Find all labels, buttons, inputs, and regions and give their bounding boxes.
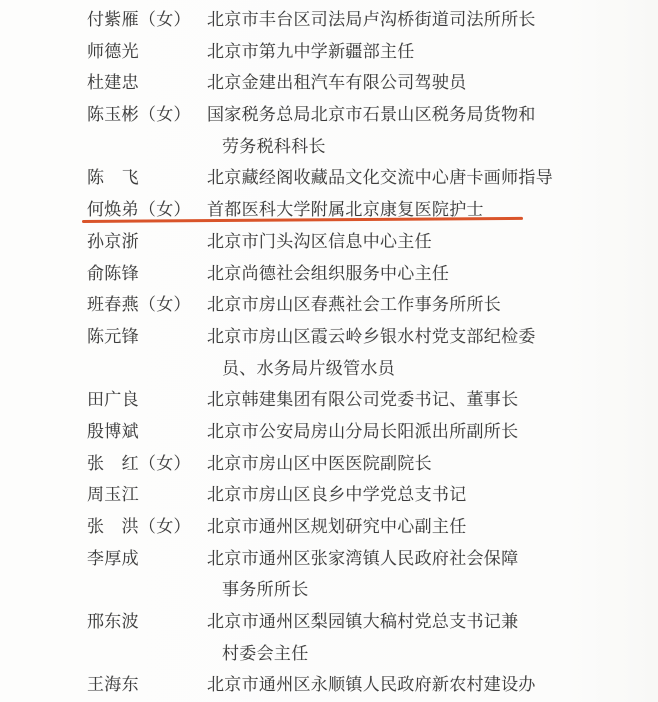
person-name: 俞陈锋 [87, 258, 207, 290]
list-item: 班春燕（女） 北京市房山区春燕社会工作事务所所长 [87, 289, 658, 321]
person-name: 田广良 [87, 384, 207, 416]
list-item: 邢东波 北京市通州区梨园镇大稿村党总支书记兼村委会主任 [87, 606, 658, 669]
person-name: 班春燕（女） [87, 289, 207, 321]
list-item: 陈 飞 北京藏经阁收藏品文化交流中心唐卡画师指导 [87, 162, 658, 194]
honor-list: 付紫雁（女） 北京市丰台区司法局卢沟桥街道司法所所长 师德光 北京市第九中学新疆… [87, 4, 658, 701]
person-title: 北京金建出租汽车有限公司驾驶员 [207, 67, 658, 99]
person-name: 陈 飞 [87, 162, 207, 194]
person-title: 北京市门头沟区信息中心主任 [207, 226, 658, 258]
list-item: 陈元锋 北京市房山区霞云岭乡银水村党支部纪检委员、水务局片级管水员 [87, 321, 658, 384]
person-title: 北京市丰台区司法局卢沟桥街道司法所所长 [207, 4, 658, 36]
person-title: 北京市房山区中医医院副院长 [207, 448, 658, 480]
person-title: 北京市房山区春燕社会工作事务所所长 [207, 289, 658, 321]
list-item: 王海东 北京市通州区永顺镇人民政府新农村建设办 [87, 669, 658, 701]
person-name: 张 洪（女） [87, 511, 207, 543]
list-item: 付紫雁（女） 北京市丰台区司法局卢沟桥街道司法所所长 [87, 4, 658, 36]
person-title-line: 北京市房山区春燕社会工作事务所所长 [207, 289, 658, 321]
person-title-line: 国家税务总局北京市石景山区税务局货物和 [207, 99, 658, 131]
person-title-line: 北京尚德社会组织服务中心主任 [207, 258, 658, 290]
person-title-line: 北京市第九中学新疆部主任 [207, 36, 658, 68]
person-title: 北京市公安局房山分局长阳派出所副所长 [207, 416, 658, 448]
person-title-line: 劳务税科科长 [207, 131, 658, 163]
person-name: 陈玉彬（女） [87, 99, 207, 131]
list-item: 俞陈锋 北京尚德社会组织服务中心主任 [87, 258, 658, 290]
list-item: 殷博斌 北京市公安局房山分局长阳派出所副所长 [87, 416, 658, 448]
person-title-line: 北京市丰台区司法局卢沟桥街道司法所所长 [207, 4, 658, 36]
person-name: 邢东波 [87, 606, 207, 638]
person-title-line: 村委会主任 [207, 638, 658, 670]
person-title-line: 员、水务局片级管水员 [207, 353, 658, 385]
list-item: 张 红（女） 北京市房山区中医医院副院长 [87, 448, 658, 480]
person-title: 北京藏经阁收藏品文化交流中心唐卡画师指导 [207, 162, 658, 194]
person-title: 北京市第九中学新疆部主任 [207, 36, 658, 68]
person-title-line: 北京市门头沟区信息中心主任 [207, 226, 658, 258]
person-title-line: 北京金建出租汽车有限公司驾驶员 [207, 67, 658, 99]
person-title-line: 北京市公安局房山分局长阳派出所副所长 [207, 416, 658, 448]
person-title-line: 北京市房山区中医医院副院长 [207, 448, 658, 480]
person-title-line: 北京市通州区张家湾镇人民政府社会保障 [207, 543, 658, 575]
person-name: 张 红（女） [87, 448, 207, 480]
person-name: 周玉江 [87, 479, 207, 511]
person-title: 北京韩建集团有限公司党委书记、董事长 [207, 384, 658, 416]
person-title-line: 北京市房山区良乡中学党总支书记 [207, 479, 658, 511]
person-title-line: 北京市房山区霞云岭乡银水村党支部纪检委 [207, 321, 658, 353]
person-title: 北京市房山区良乡中学党总支书记 [207, 479, 658, 511]
person-title: 国家税务总局北京市石景山区税务局货物和劳务税科科长 [207, 99, 658, 162]
person-title-line: 北京韩建集团有限公司党委书记、董事长 [207, 384, 658, 416]
list-item: 陈玉彬（女） 国家税务总局北京市石景山区税务局货物和劳务税科科长 [87, 99, 658, 162]
person-name: 付紫雁（女） [87, 4, 207, 36]
list-item: 李厚成 北京市通州区张家湾镇人民政府社会保障事务所所长 [87, 543, 658, 606]
person-title: 北京市通州区张家湾镇人民政府社会保障事务所所长 [207, 543, 658, 606]
person-name: 殷博斌 [87, 416, 207, 448]
person-name: 李厚成 [87, 543, 207, 575]
person-title: 北京市通州区规划研究中心副主任 [207, 511, 658, 543]
person-name: 陈元锋 [87, 321, 207, 353]
person-title-line: 北京藏经阁收藏品文化交流中心唐卡画师指导 [207, 162, 658, 194]
list-item: 杜建忠 北京金建出租汽车有限公司驾驶员 [87, 67, 658, 99]
list-item: 张 洪（女） 北京市通州区规划研究中心副主任 [87, 511, 658, 543]
person-name: 杜建忠 [87, 67, 207, 99]
document-page: 付紫雁（女） 北京市丰台区司法局卢沟桥街道司法所所长 师德光 北京市第九中学新疆… [0, 0, 658, 702]
person-title: 北京市房山区霞云岭乡银水村党支部纪检委员、水务局片级管水员 [207, 321, 658, 384]
person-name: 师德光 [87, 36, 207, 68]
person-name: 孙京浙 [87, 226, 207, 258]
person-title-line: 北京市通州区规划研究中心副主任 [207, 511, 658, 543]
person-title-line: 北京市通州区永顺镇人民政府新农村建设办 [207, 669, 658, 701]
list-item: 何焕弟（女） 首都医科大学附属北京康复医院护士 [87, 194, 658, 226]
list-item: 田广良 北京韩建集团有限公司党委书记、董事长 [87, 384, 658, 416]
person-title-line: 北京市通州区梨园镇大稿村党总支书记兼 [207, 606, 658, 638]
list-item: 师德光 北京市第九中学新疆部主任 [87, 36, 658, 68]
person-name: 王海东 [87, 669, 207, 701]
person-title: 北京市通州区梨园镇大稿村党总支书记兼村委会主任 [207, 606, 658, 669]
person-title: 北京市通州区永顺镇人民政府新农村建设办 [207, 669, 658, 701]
person-title-line: 事务所所长 [207, 574, 658, 606]
list-item: 周玉江 北京市房山区良乡中学党总支书记 [87, 479, 658, 511]
list-item: 孙京浙 北京市门头沟区信息中心主任 [87, 226, 658, 258]
person-title: 北京尚德社会组织服务中心主任 [207, 258, 658, 290]
